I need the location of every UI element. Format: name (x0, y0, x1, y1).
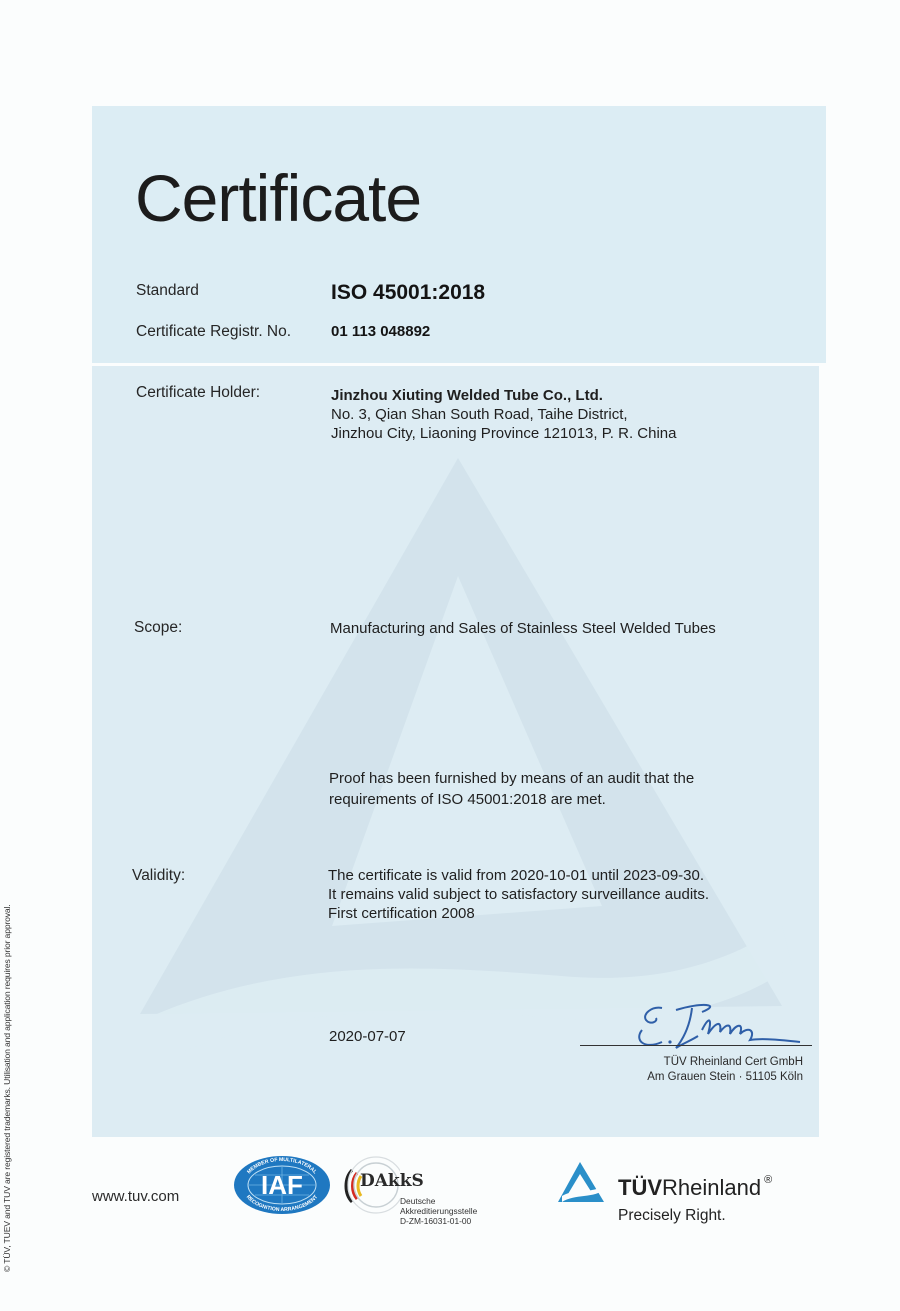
proof-line-2: requirements of ISO 45001:2018 are met. (329, 789, 694, 810)
dakks-line-2: Akkreditierungsstelle (400, 1206, 477, 1216)
proof-statement: Proof has been furnished by means of an … (329, 768, 694, 810)
iaf-logo-icon: IAF MEMBER OF MULTILATERAL RECOGNITION A… (233, 1155, 331, 1215)
standard-label: Standard (136, 282, 199, 300)
certificate-holder-block: Jinzhou Xiuting Welded Tube Co., Ltd. No… (331, 386, 677, 443)
certificate-holder-label: Certificate Holder: (136, 384, 260, 402)
proof-line-1: Proof has been furnished by means of an … (329, 768, 694, 789)
registration-number-value: 01 113 048892 (331, 323, 430, 340)
tuv-tagline: Precisely Right. (618, 1207, 726, 1225)
brand-bold: TÜV (618, 1175, 662, 1200)
signature-line (580, 1045, 812, 1046)
iaf-initials: IAF (261, 1170, 303, 1200)
dakks-name: DAkkS (360, 1171, 424, 1191)
validity-line-2: It remains valid subject to satisfactory… (328, 885, 709, 904)
tuv-rheinland-brand: TÜVRheinland® (618, 1174, 772, 1201)
certificate-title: Certificate (135, 160, 421, 236)
trademark-note: © TÜV, TUEV and TUV are registered trade… (2, 904, 12, 1272)
issuer-address: Am Grauen Stein · 51105 Köln (647, 1070, 803, 1085)
issue-date: 2020-07-07 (329, 1027, 406, 1046)
registered-mark: ® (764, 1174, 772, 1186)
brand-regular: Rheinland (662, 1175, 761, 1200)
registration-number-label: Certificate Registr. No. (136, 323, 291, 341)
validity-line-3: First certification 2008 (328, 904, 709, 923)
scope-label: Scope: (134, 619, 182, 637)
tuv-triangle-logo-icon (556, 1160, 608, 1206)
validity-line-1: The certificate is valid from 2020-10-01… (328, 866, 709, 885)
validity-label: Validity: (132, 867, 185, 885)
dakks-details: Deutsche Akkreditierungsstelle D-ZM-1603… (400, 1196, 477, 1226)
dakks-line-1: Deutsche (400, 1196, 477, 1206)
standard-value: ISO 45001:2018 (331, 281, 485, 305)
dakks-accreditation-number: D-ZM-16031-01-00 (400, 1216, 477, 1226)
issuer-block: TÜV Rheinland Cert GmbH Am Grauen Stein … (647, 1055, 803, 1085)
scope-value: Manufacturing and Sales of Stainless Ste… (330, 619, 716, 638)
holder-name: Jinzhou Xiuting Welded Tube Co., Ltd. (331, 386, 677, 405)
holder-address-line-2: Jinzhou City, Liaoning Province 121013, … (331, 424, 677, 443)
holder-address-line-1: No. 3, Qian Shan South Road, Taihe Distr… (331, 405, 677, 424)
validity-statement: The certificate is valid from 2020-10-01… (328, 866, 709, 923)
signature-icon (632, 1000, 802, 1055)
issuer-name: TÜV Rheinland Cert GmbH (647, 1055, 803, 1070)
website-link[interactable]: www.tuv.com (92, 1188, 179, 1205)
